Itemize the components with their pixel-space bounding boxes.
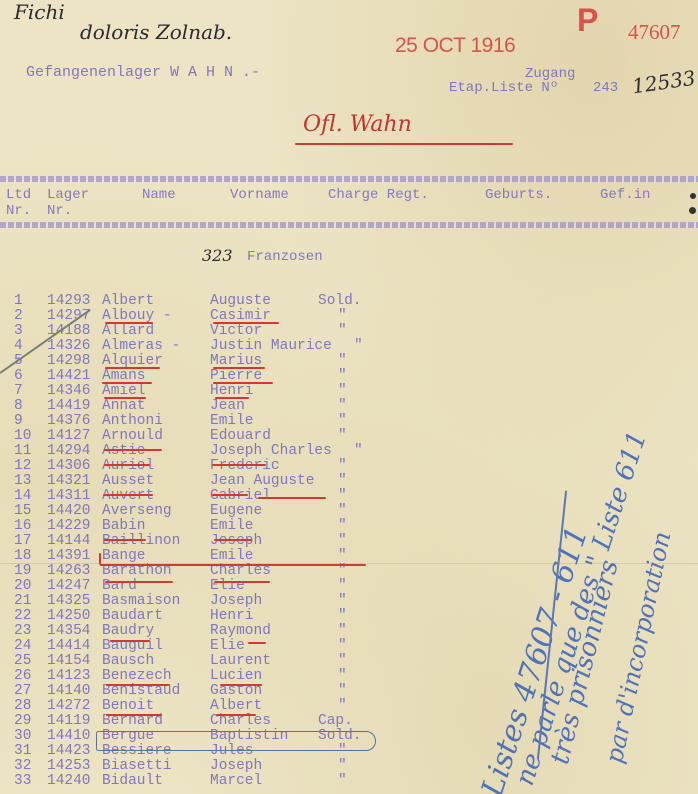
stamp-number: 47607 [628, 20, 681, 45]
blue-circle-annotation [96, 731, 376, 751]
red-handwriting-ofl-wahn: Ofl. Wahn [303, 112, 412, 137]
etap-liste-label: Etap.Liste Nº [449, 80, 558, 96]
red-underline [295, 143, 513, 145]
punch-hole [689, 207, 696, 214]
group-count: 323 [202, 246, 233, 265]
column-geburts: Geburts. [485, 187, 552, 203]
column-lager: LagerNr. [47, 187, 89, 219]
header-divider-bottom [0, 222, 698, 228]
column-gef-in: Gef.in [600, 187, 650, 203]
group-label: Franzosen [247, 249, 323, 265]
handwritten-number: 12533 [631, 66, 697, 99]
column-ltd: LtdNr. [6, 187, 31, 219]
stamp-letter-p: P [577, 2, 598, 39]
column-vorname: Vorname [230, 187, 289, 203]
column-charge-regt: Charge Regt. [328, 187, 429, 203]
etap-liste-number: 243 [593, 80, 618, 96]
handwritten-fiche: Fichi [14, 0, 65, 24]
camp-title: Gefangenenlager W A H N .- [26, 64, 260, 81]
date-stamp: 25 OCT 1916 [395, 34, 515, 58]
paper-fold [0, 563, 698, 564]
header-divider-top [0, 176, 698, 182]
column-name: Name [142, 187, 176, 203]
handwritten-name: doloris Zolnab. [80, 20, 232, 44]
punch-hole [690, 193, 696, 199]
